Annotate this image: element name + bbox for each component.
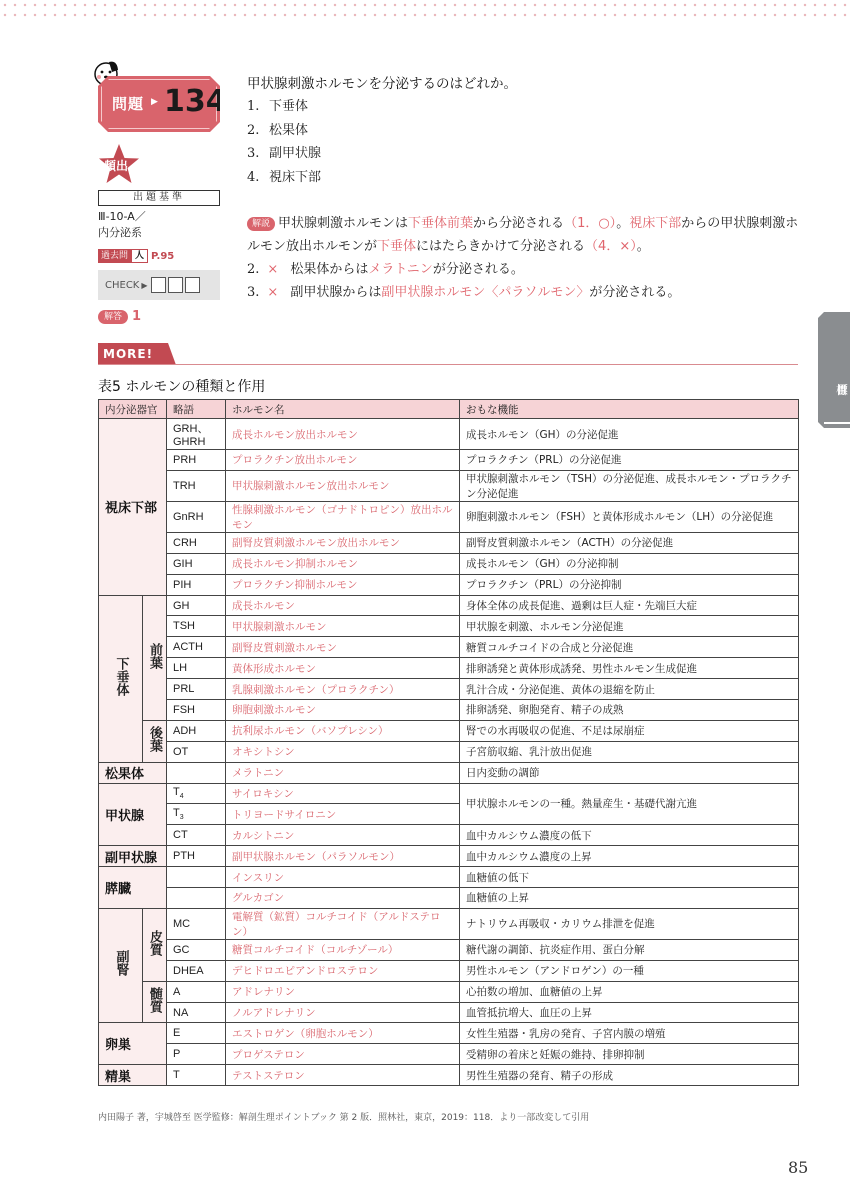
choice-item: 1.下垂体	[247, 95, 321, 119]
explanation: 解説甲状腺刺激ホルモンは下垂体前葉から分泌される（1．○）。視床下部からの甲状腺…	[247, 212, 807, 304]
table-row: グルカゴン血糖値の上昇	[99, 888, 799, 909]
table-row: LH黄体形成ホルモン排卵誘発と黄体形成誘発、男性ホルモン生成促進	[99, 658, 799, 679]
explanation-line-3: 3.×副甲状腺からは副甲状腺ホルモン〈パラソルモン〉が分泌される。	[247, 281, 807, 304]
table-row: 副腎 皮質 MC電解質（鉱質）コルチコイド（アルドステロン）ナトリウム再吸収・カ…	[99, 908, 799, 939]
table-row: CRH副腎皮質刺激ホルモン放出ホルモン副腎皮質刺激ホルモン（ACTH）の分泌促進	[99, 532, 799, 553]
chapter-side-tab[interactable]: 目標Ⅲ	[818, 312, 850, 428]
explanation-label: 解説	[247, 217, 275, 231]
past-exam-page: P.95	[151, 251, 174, 262]
frequency-label: 頻出	[104, 157, 128, 174]
table-title: 表5 ホルモンの種類と作用	[98, 376, 265, 396]
explanation-line-2: 2.×松果体からはメラトニンが分泌される。	[247, 258, 807, 281]
table-row: 膵臓 インスリン血糖値の低下	[99, 867, 799, 888]
organ-posterior-lobe: 後葉	[143, 720, 167, 762]
question-number: 134	[164, 84, 227, 119]
organ-anterior-lobe: 前葉	[143, 595, 167, 720]
check-box-2[interactable]	[168, 277, 183, 293]
choice-item: 3.副甲状腺	[247, 142, 321, 166]
organ-hypothalamus: 視床下部	[99, 419, 167, 596]
table-row: 視床下部 GRH、GHRH成長ホルモン放出ホルモン成長ホルモン（GH）の分泌促進	[99, 419, 799, 450]
answer: 解答 1	[98, 309, 141, 324]
answer-label: 解答	[98, 310, 128, 324]
table-row: GC糖質コルチコイド（コルチゾール）糖代謝の調節、抗炎症作用、蛋白分解	[99, 939, 799, 960]
table-row: Pプロゲステロン受精卵の着床と妊娠の維持、排卵抑制	[99, 1044, 799, 1065]
check-box-1[interactable]	[151, 277, 166, 293]
table-row: DHEAデヒドロエピアンドロステロン男性ホルモン（アンドロゲン）の一種	[99, 960, 799, 981]
check-boxes: CHECK ▶	[98, 270, 220, 300]
table-row: TRH甲状腺刺激ホルモン放出ホルモン甲状腺刺激ホルモン（TSH）の分泌促進、成長…	[99, 470, 799, 501]
hormone-table: 内分泌器官 略語 ホルモン名 おもな機能 視床下部 GRH、GHRH成長ホルモン…	[98, 399, 799, 1086]
table-row: CTカルシトニン血中カルシウム濃度の低下	[99, 825, 799, 846]
table-row: 副甲状腺 PTH副甲状腺ホルモン（パラソルモン）血中カルシウム濃度の上昇	[99, 846, 799, 867]
organ-adrenal-medulla: 髄質	[143, 981, 167, 1023]
table-row: PRL乳腺刺激ホルモン（プロラクチン）乳汁合成・分泌促進、黄体の退縮を防止	[99, 679, 799, 700]
past-exam-tag: 過去問	[98, 249, 131, 263]
criteria-header: 出題基準	[98, 190, 220, 206]
answer-value: 1	[132, 309, 141, 324]
more-section-label: MORE!	[98, 343, 176, 365]
criteria-code: Ⅲ-10-A／ 内分泌系	[98, 209, 146, 241]
table-row: 精巣 Tテストステロン男性生殖器の発育、精子の形成	[99, 1065, 799, 1086]
organ-pituitary: 下垂体	[99, 595, 143, 762]
question-number-badge: 問題 ▶ 134	[98, 76, 220, 132]
table-header-row: 内分泌器官 略語 ホルモン名 おもな機能	[99, 400, 799, 419]
organ-pancreas: 膵臓	[99, 867, 167, 909]
organ-parathyroid: 副甲状腺	[99, 846, 167, 867]
table-row: NAノルアドレナリン血管抵抗増大、血圧の上昇	[99, 1002, 799, 1023]
organ-thyroid: 甲状腺	[99, 783, 167, 846]
organ-adrenal-cortex: 皮質	[143, 908, 167, 981]
question-label: 問題	[112, 93, 144, 114]
table-row: 後葉 ADH抗利尿ホルモン（バソプレシン）腎での水再吸収の促進、不足は尿崩症	[99, 720, 799, 741]
frequency-badge: 頻出	[97, 143, 141, 185]
source-citation: 内田陽子 著，宇城啓至 医学監修：解剖生理ポイントブック 第 2 版．照林社，東…	[98, 1110, 589, 1123]
table-row: PIHプロラクチン抑制ホルモンプロラクチン（PRL）の分泌抑制	[99, 574, 799, 595]
decorative-dot-pattern	[0, 0, 850, 22]
choice-item: 4.視床下部	[247, 166, 321, 190]
triangle-right-icon: ▶	[141, 281, 147, 290]
table-row: FSH卵胞刺激ホルモン排卵誘発、卵胞発育、精子の成熟	[99, 700, 799, 721]
table-row: 甲状腺 T4サイロキシン 甲状腺ホルモンの一種。熱量産生・基礎代謝亢進	[99, 783, 799, 804]
choice-item: 2.松果体	[247, 119, 321, 143]
table-row: 卵巣 Eエストロゲン（卵胞ホルモン）女性生殖器・乳房の発育、子宮内膜の増殖	[99, 1023, 799, 1044]
table-row: 下垂体 前葉 GH成長ホルモン身体全体の成長促進、過剰は巨人症・先端巨大症	[99, 595, 799, 616]
table-row: TSH甲状腺刺激ホルモン甲状腺を刺激、ホルモン分泌促進	[99, 616, 799, 637]
question-text: 甲状腺刺激ホルモンを分泌するのはどれか。	[247, 72, 517, 92]
organ-adrenal: 副腎	[99, 908, 143, 1023]
table-row: ACTH副腎皮質刺激ホルモン糖質コルチコイドの合成と分泌促進	[99, 637, 799, 658]
check-box-3[interactable]	[185, 277, 200, 293]
table-row: GIH成長ホルモン抑制ホルモン成長ホルモン（GH）の分泌抑制	[99, 553, 799, 574]
table-row: OTオキシトシン子宮筋収縮、乳汁放出促進	[99, 741, 799, 762]
choice-list: 1.下垂体 2.松果体 3.副甲状腺 4.視床下部	[247, 95, 321, 189]
organ-ovary: 卵巣	[99, 1023, 167, 1065]
organ-testis: 精巣	[99, 1065, 167, 1086]
past-exam-reference: 過去問 人 P.95	[98, 249, 174, 263]
page-number: 85	[788, 1158, 808, 1177]
table-row: PRHプロラクチン放出ホルモンプロラクチン（PRL）の分泌促進	[99, 450, 799, 471]
table-row: GnRH性腺刺激ホルモン（ゴナドトロピン）放出ホルモン卵胞刺激ホルモン（FSH）…	[99, 501, 799, 532]
organ-pineal: 松果体	[99, 762, 167, 783]
check-label: CHECK	[105, 280, 139, 291]
triangle-right-icon: ▶	[151, 97, 158, 107]
table-row: 松果体 メラトニン日内変動の調節	[99, 762, 799, 783]
divider	[98, 364, 798, 365]
table-row: 髄質 Aアドレナリン心拍数の増加、血糖値の上昇	[99, 981, 799, 1002]
past-exam-level: 人	[131, 249, 148, 263]
explanation-paragraph: 解説甲状腺刺激ホルモンは下垂体前葉から分泌される（1．○）。視床下部からの甲状腺…	[247, 212, 807, 258]
